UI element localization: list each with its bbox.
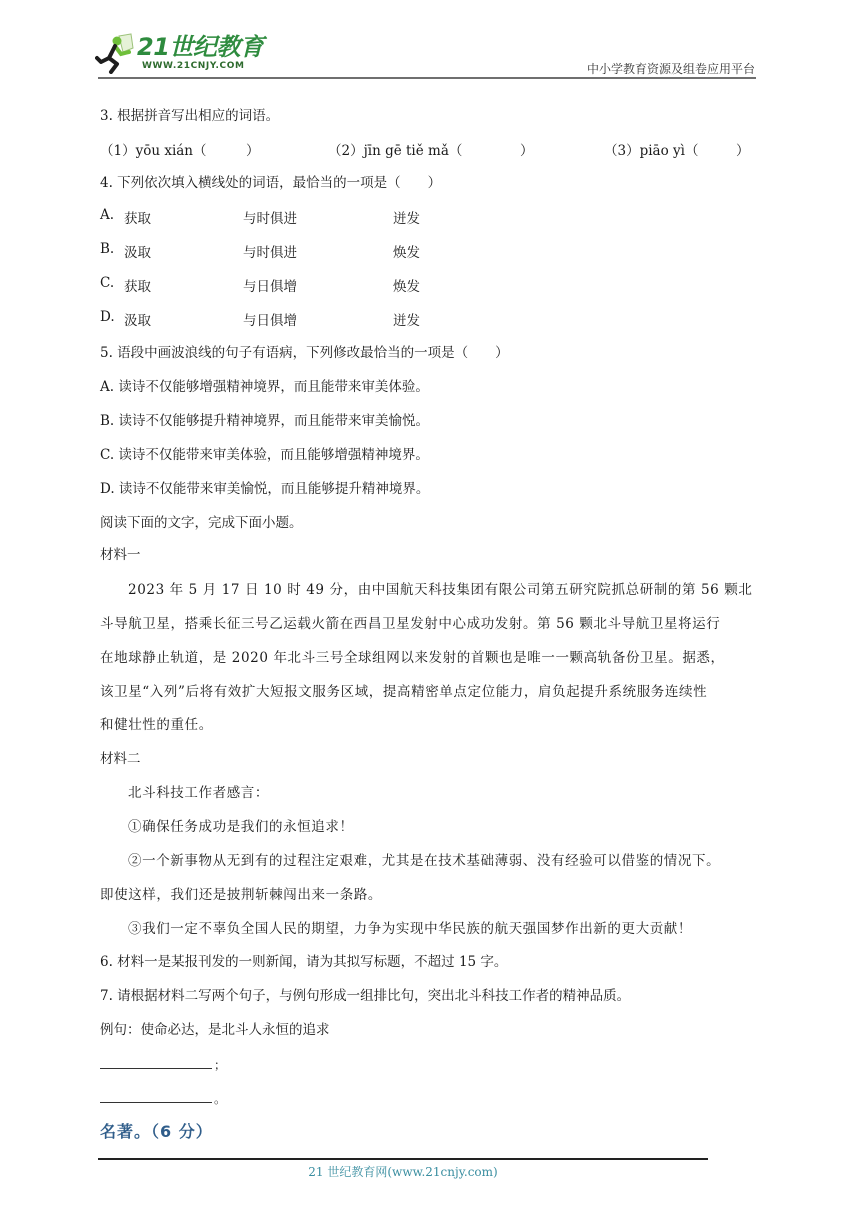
- option-word-2: 与时俱进: [243, 241, 297, 261]
- material-2-line: 北斗科技工作者感言：: [128, 783, 269, 803]
- q3-item-2-label: （2）jīn gē tiě mǎ（: [328, 139, 462, 159]
- material-1-title: 材料一: [100, 545, 141, 565]
- footer-site-link[interactable]: 21 世纪教育网(www.21cnjy.com): [0, 1163, 806, 1180]
- q5-stem: 5. 语段中画波浪线的句子有语病，下列修改最恰当的一项是（ ）: [100, 343, 509, 363]
- material-1-line: 在地球静止轨道，是 2020 年北斗三号全球组网以来发射的首颗也是唯一一颗高轨备…: [100, 648, 725, 668]
- option-word-2: 与日俱增: [243, 275, 297, 295]
- q7-example: 例句：使命必达，是北斗人永恒的追求: [100, 1020, 330, 1040]
- q5-option-a[interactable]: A. 读诗不仅能够增强精神境界，而且能带来审美体验。: [100, 377, 429, 397]
- material-2-line: ②一个新事物从无到有的过程注定艰难，尤其是在技术基础薄弱、没有经验可以借鉴的情况…: [128, 851, 720, 871]
- section-heading: 名著。（6 分）: [100, 1119, 213, 1142]
- footer-divider: [98, 1158, 708, 1160]
- q3-item-1-close: ）: [246, 139, 260, 159]
- material-2-title: 材料二: [100, 749, 141, 769]
- option-word-3: 焕发: [393, 241, 420, 261]
- q4-stem: 4. 下列依次填入横线处的词语，最恰当的一项是（ ）: [100, 173, 441, 193]
- material-1-line: 和健壮性的重任。: [100, 715, 213, 735]
- option-word-3: 焕发: [393, 275, 420, 295]
- q4-option-b[interactable]: B. 汲取 与时俱进 焕发: [0, 241, 860, 261]
- answer-blank-2[interactable]: [100, 1102, 212, 1103]
- q3-item-2-close: ）: [520, 139, 534, 159]
- material-1-line: 2023 年 5 月 17 日 10 时 49 分，由中国航天科技集团有限公司第…: [128, 580, 752, 600]
- site-logo[interactable]: 21世纪教育 WWW.21CNJY.COM: [95, 30, 265, 78]
- option-word-2: 与时俱进: [243, 207, 297, 227]
- running-figure-icon: [95, 32, 137, 74]
- option-letter: C.: [100, 275, 114, 291]
- header-divider: [98, 77, 756, 79]
- q5-option-c[interactable]: C. 读诗不仅能带来审美体验，而且能够增强精神境界。: [100, 445, 429, 465]
- q4-option-a[interactable]: A. 获取 与时俱进 迸发: [0, 207, 860, 227]
- material-1-line: 斗导航卫星，搭乘长征三号乙运载火箭在西昌卫星发射中心成功发射。第 56 颗北斗导…: [100, 614, 720, 634]
- q4-option-d[interactable]: D. 汲取 与日俱增 迸发: [0, 309, 860, 329]
- platform-tagline: 中小学教育资源及组卷应用平台: [587, 60, 755, 77]
- q3-stem: 3. 根据拼音写出相应的词语。: [100, 106, 279, 126]
- document-page: 21世纪教育 WWW.21CNJY.COM 中小学教育资源及组卷应用平台 3. …: [0, 0, 860, 1216]
- reading-intro: 阅读下面的文字，完成下面小题。: [100, 513, 303, 533]
- material-2-line: 即使这样，我们还是披荆斩棘闯出来一条路。: [100, 885, 382, 905]
- material-2-line: ③我们一定不辜负全国人民的期望，力争为实现中华民族的航天强国梦作出新的更大贡献！: [128, 919, 692, 939]
- page-header: 21世纪教育 WWW.21CNJY.COM 中小学教育资源及组卷应用平台: [95, 30, 755, 80]
- option-word-2: 与日俱增: [243, 309, 297, 329]
- option-letter: A.: [100, 207, 114, 223]
- q3-item-3-close: ）: [736, 139, 750, 159]
- q4-option-c[interactable]: C. 获取 与日俱增 焕发: [0, 275, 860, 295]
- q3-item-1-label: （1）yōu xián（: [100, 139, 207, 159]
- q3-pinyin-row: （1）yōu xián（ ） （2）jīn gē tiě mǎ（ ） （3）pi…: [100, 139, 760, 159]
- option-word-3: 迸发: [393, 309, 420, 329]
- blank-2-punct: 。: [214, 1090, 226, 1107]
- option-word-1: 汲取: [124, 241, 151, 261]
- q7-stem: 7. 请根据材料二写两个句子，与例句形成一组排比句，突出北斗科技工作者的精神品质…: [100, 986, 630, 1006]
- option-letter: D.: [100, 309, 115, 325]
- option-word-3: 迸发: [393, 207, 420, 227]
- option-word-1: 获取: [124, 275, 151, 295]
- material-1-line: 该卫星“入列”后将有效扩大短报文服务区域，提高精密单点定位能力，肩负起提升系统服…: [100, 682, 707, 702]
- logo-url: WWW.21CNJY.COM: [142, 61, 245, 71]
- q6-stem: 6. 材料一是某报刊发的一则新闻，请为其拟写标题，不超过 15 字。: [100, 952, 507, 972]
- material-2-line: ①确保任务成功是我们的永恒追求！: [128, 817, 354, 837]
- blank-1-punct: ；: [214, 1056, 226, 1073]
- option-letter: B.: [100, 241, 114, 257]
- q5-option-d[interactable]: D. 读诗不仅能带来审美愉悦，而且能够提升精神境界。: [100, 479, 429, 499]
- q3-item-3-label: （3）piāo yì（: [604, 139, 698, 159]
- q5-option-b[interactable]: B. 读诗不仅能够提升精神境界，而且能带来审美愉悦。: [100, 411, 429, 431]
- logo-title: 21世纪教育: [137, 34, 263, 60]
- option-word-1: 汲取: [124, 309, 151, 329]
- option-word-1: 获取: [124, 207, 151, 227]
- answer-blank-1[interactable]: [100, 1068, 212, 1069]
